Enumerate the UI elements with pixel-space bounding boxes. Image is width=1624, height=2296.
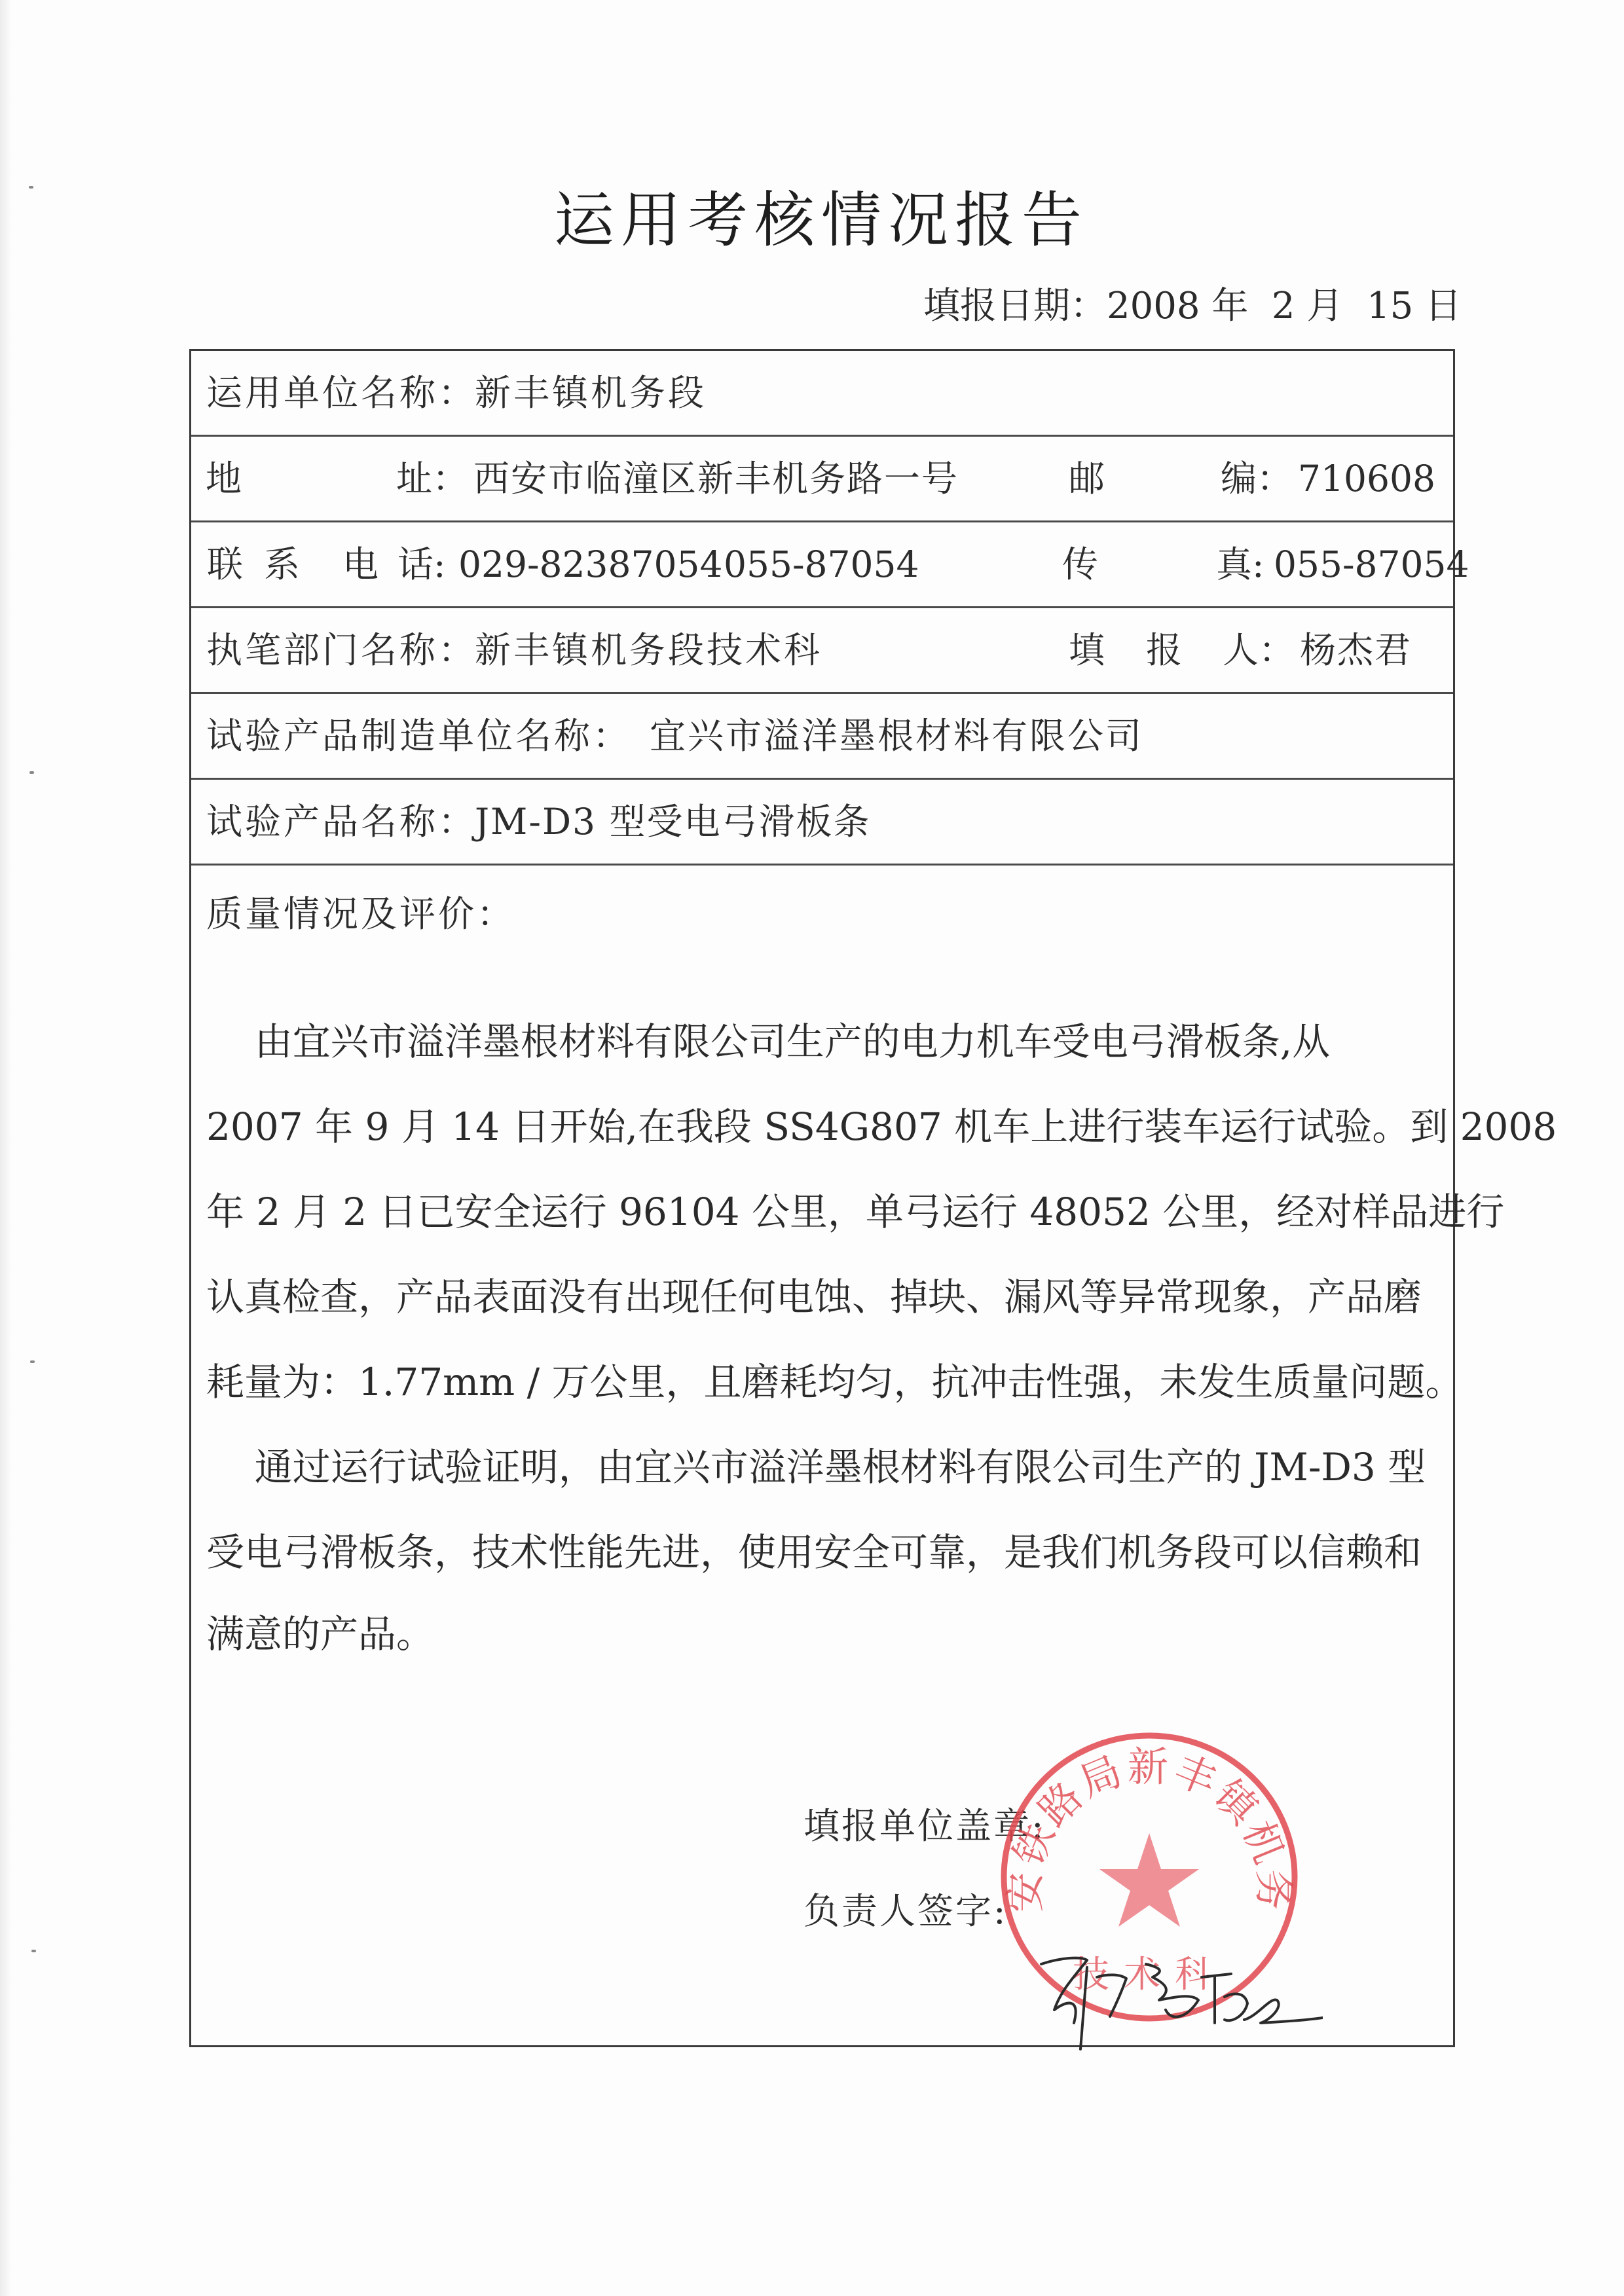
unit-name-value: 新丰镇机务段 <box>475 351 707 435</box>
evaluation-line: 认真检查，产品表面没有出现任何电蚀、掉块、漏风等异常现象，产品磨 <box>206 1254 1437 1339</box>
phone-label-3: 电 <box>342 522 378 606</box>
unit-name-label: 运用单位名称： <box>206 351 477 435</box>
reporter-value: 杨杰君 <box>1300 608 1412 692</box>
row-unit-name: 运用单位名称： 新丰镇机务段 <box>191 351 1453 437</box>
address-value: 西安市临潼区新丰机务路一号 <box>473 437 959 520</box>
department-label: 执笔部门名称： <box>206 608 477 692</box>
scan-edge-shade <box>0 0 12 2296</box>
fax-value: 055-87054 <box>1274 522 1469 606</box>
phone-label-1: 联 <box>207 522 243 606</box>
phone-value-2: 055-87054 <box>724 522 919 606</box>
star-icon <box>1099 1833 1199 1927</box>
row-phone: 联 系 电 话: 029-82387054 055-87054 传 真: 055… <box>191 522 1453 608</box>
evaluation-line: 年 2 月 2 日已安全运行 96104 公里，单弓运行 48052 公里，经对… <box>206 1169 1437 1254</box>
department-value: 新丰镇机务段技术科 <box>475 608 822 692</box>
evaluation-line: 满意的产品。 <box>206 1592 1437 1677</box>
scan-speck <box>30 1360 35 1363</box>
reporter-label-1: 填 <box>1069 608 1105 692</box>
postcode-label-2: 编： <box>1221 437 1293 520</box>
evaluation-line: 由宜兴市溢洋墨根材料有限公司生产的电力机车受电弓滑板条,从 <box>206 999 1437 1084</box>
phone-label-2: 系 <box>264 522 300 606</box>
document-title: 运用考核情况报告 <box>0 185 1624 257</box>
product-value: JM-D3 型受电弓滑板条 <box>475 780 871 864</box>
scan-speck <box>31 1950 36 1952</box>
phone-value-1: 029-82387054 <box>458 522 723 606</box>
row-product: 试验产品名称： JM-D3 型受电弓滑板条 <box>191 780 1453 866</box>
row-address: 地 址： 西安市临潼区新丰机务路一号 邮 编： 710608 <box>191 437 1453 522</box>
reporter-label-3: 人： <box>1223 608 1295 692</box>
row-manufacturer: 试验产品制造单位名称： 宜兴市溢洋墨根材料有限公司 <box>191 694 1453 780</box>
handwritten-signature <box>1035 1938 1323 2056</box>
row-department: 执笔部门名称： 新丰镇机务段技术科 填 报 人： 杨杰君 <box>191 608 1453 694</box>
signature-label: 负责人签字: <box>803 1885 1008 1937</box>
postcode-label-1: 邮 <box>1069 437 1105 520</box>
evaluation-label: 质量情况及评价： <box>206 888 515 940</box>
evaluation-line: 通过运行试验证明，由宜兴市溢洋墨根材料有限公司生产的 JM-D3 型 <box>206 1425 1437 1510</box>
manufacturer-value: 宜兴市溢洋墨根材料有限公司 <box>650 694 1143 778</box>
postcode-value: 710608 <box>1298 437 1435 520</box>
evaluation-line: 耗量为：1.77mm / 万公里，且磨耗均匀，抗冲击性强，未发生质量问题。 <box>206 1339 1437 1425</box>
date-label: 填报日期： <box>923 285 1107 327</box>
scan-speck <box>29 771 34 774</box>
product-label: 试验产品名称： <box>206 780 477 864</box>
manufacturer-label: 试验产品制造单位名称： <box>206 694 631 778</box>
evaluation-line: 受电弓滑板条，技术性能先进，使用安全可靠，是我们机务段可以信赖和 <box>206 1510 1437 1595</box>
address-label-1: 地 <box>206 437 242 520</box>
date-value: 2008 年 2 月 15 日 <box>1107 285 1462 327</box>
report-date: 填报日期：2008 年 2 月 15 日 <box>923 283 1462 330</box>
fax-label-1: 传 <box>1062 522 1098 606</box>
fax-label-2: 真: <box>1216 522 1264 606</box>
phone-label-4: 话: <box>397 522 446 606</box>
address-label-2: 址： <box>396 437 468 520</box>
evaluation-line: 2007 年 9 月 14 日开始,在我段 SS4G807 机车上进行装车运行试… <box>206 1084 1437 1169</box>
reporter-label-2: 报 <box>1146 608 1182 692</box>
